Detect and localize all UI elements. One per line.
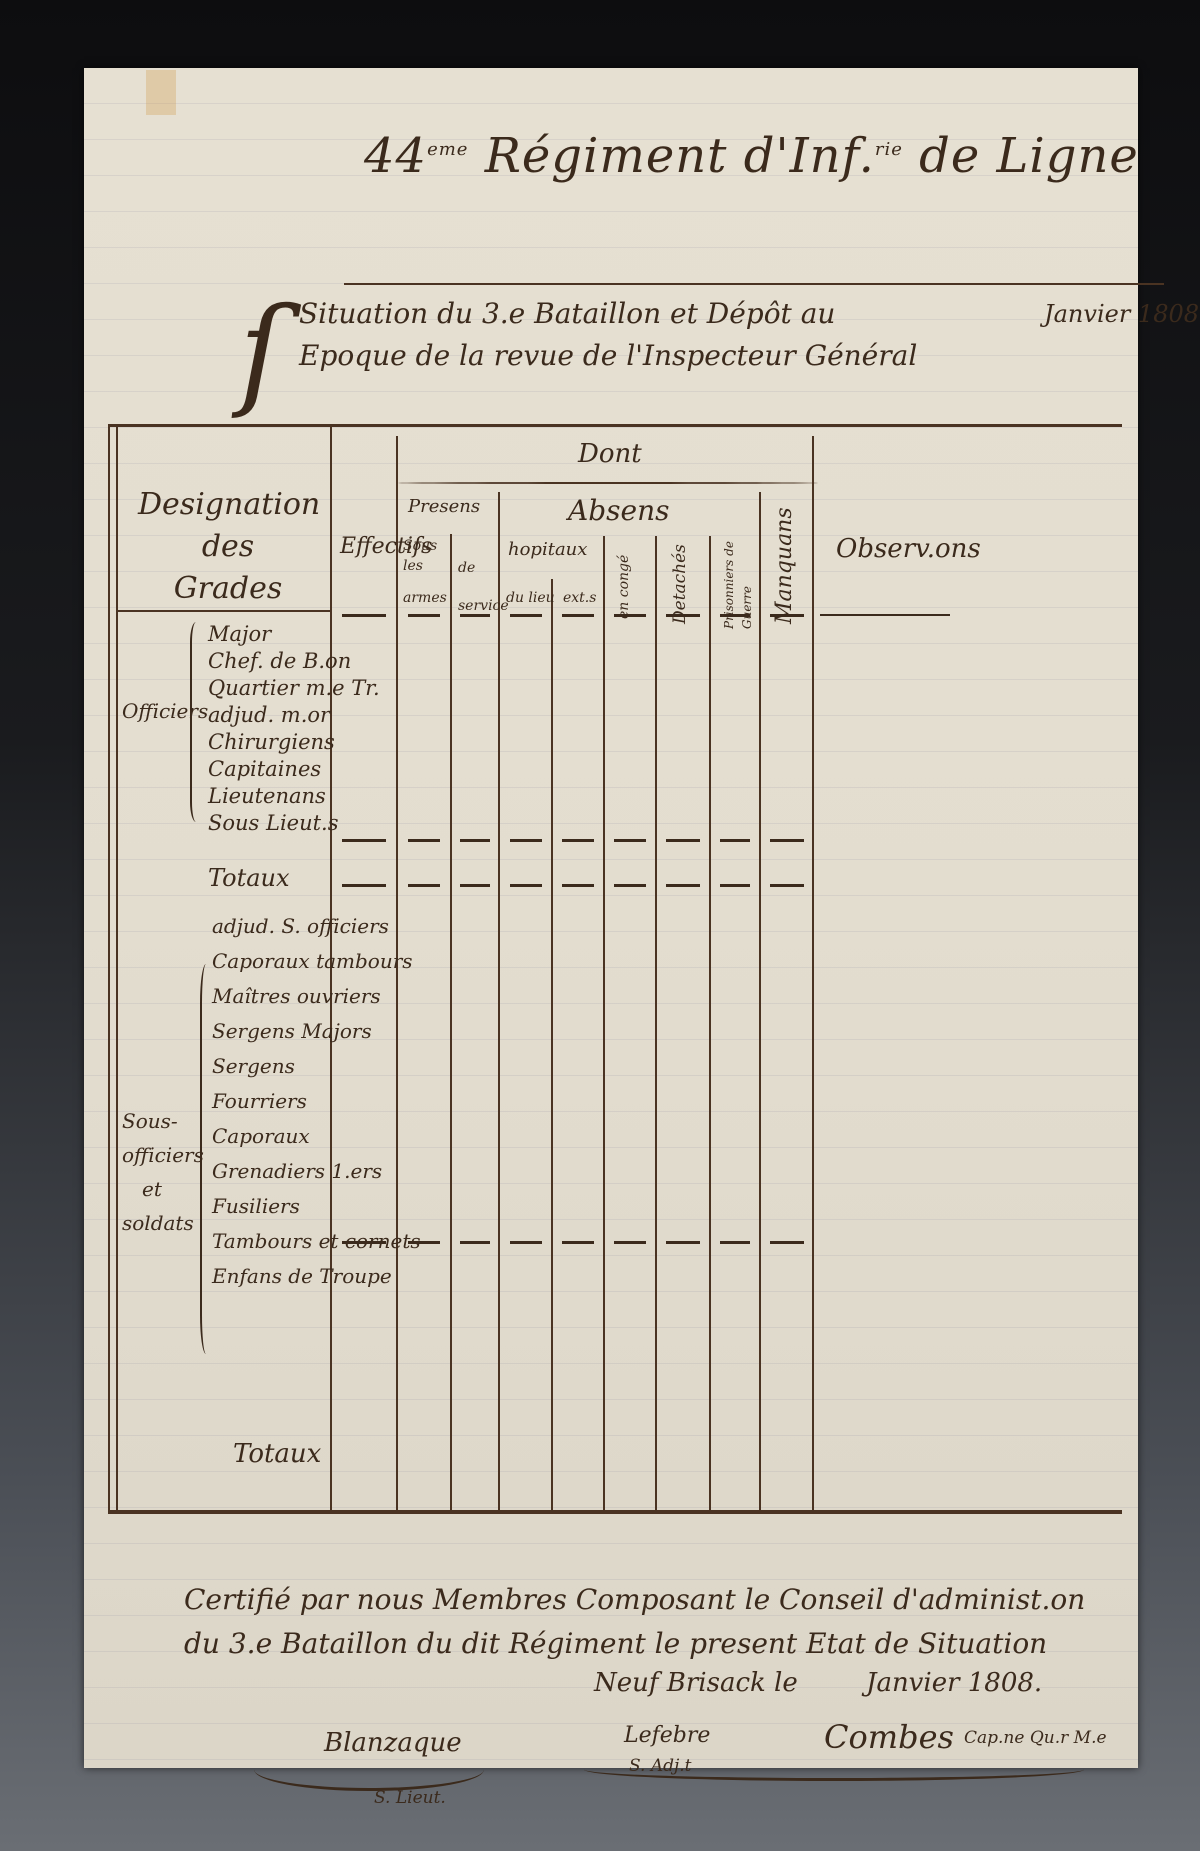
dont-brace (398, 482, 818, 484)
title-underline (344, 283, 1164, 285)
certification-text: Certifié par nous Membres Composant le C… (184, 1578, 1085, 1666)
situation-line-1: Situation du 3.e Bataillon et Dépôt au (299, 293, 917, 335)
signature-1-flourish (254, 1748, 484, 1791)
value-dash (460, 884, 490, 887)
header-hop-ext: ext.s (563, 590, 596, 606)
situation-table: Designation des Grades Effectifs Dont Pr… (108, 424, 1122, 1518)
place-date: Neuf Brisack le Janvier 1808. (594, 1668, 1042, 1698)
rank-item: Caporaux tambours (212, 949, 413, 973)
rank-item: Sergens Majors (212, 1019, 372, 1043)
brace-sous-officiers (200, 964, 212, 1354)
value-dash (562, 884, 594, 887)
situation-date: Janvier 1808 (1044, 293, 1199, 335)
designation-underline (116, 610, 331, 612)
value-dash (510, 839, 542, 842)
value-dash (720, 839, 750, 842)
table-bottom-border (108, 1510, 1122, 1514)
value-dash (342, 839, 386, 842)
col-divider-manquans (759, 492, 761, 1514)
rank-item: Tambours et cornets (212, 1229, 421, 1253)
rank-chef-bataillon: Chef. de B.on (208, 649, 351, 673)
value-dash (342, 884, 386, 887)
value-dash (666, 614, 700, 617)
signature-3-title: Cap.ne Qu.r M.e (964, 1728, 1107, 1748)
col-divider-prisonniers (709, 536, 711, 1514)
value-dash (460, 614, 490, 617)
header-designation-line-2: des (138, 526, 318, 568)
total-officiers: Totaux (208, 864, 290, 892)
rank-item: Maîtres ouvriers (212, 984, 381, 1008)
col-divider-service (450, 534, 452, 1514)
rank-lieutenans: Lieutenans (208, 784, 326, 808)
value-dash (562, 614, 594, 617)
header-manquans: Manquans (772, 507, 797, 624)
value-dash (770, 839, 804, 842)
table-left-border (108, 424, 110, 1514)
abbrev-sup: rie (875, 139, 903, 160)
table-top-border (108, 424, 1122, 427)
value-dash (770, 614, 804, 617)
value-dash (770, 884, 804, 887)
rank-item: Fourriers (212, 1089, 307, 1113)
value-dash (720, 1241, 750, 1244)
value-dash (820, 614, 950, 616)
signature-1-title: S. Lieut. (374, 1788, 446, 1808)
value-dash (614, 884, 646, 887)
value-dash (510, 1241, 542, 1244)
header-designation: Designation des Grades (138, 484, 318, 610)
ordinal-sup: eme (427, 139, 468, 160)
signature-2: Lefebre (624, 1723, 710, 1748)
certification-line-1: Certifié par nous Membres Composant le C… (184, 1578, 1085, 1622)
certification-line-2: du 3.e Bataillon du dit Régiment le pres… (184, 1622, 1085, 1666)
value-dash (460, 839, 490, 842)
value-dash (408, 839, 440, 842)
col-divider-conge (603, 536, 605, 1514)
group-label-line-2: officiers (122, 1138, 204, 1172)
value-dash (720, 884, 750, 887)
rank-item: Grenadiers 1.ers (212, 1159, 382, 1183)
decorative-s-flourish: ſ (239, 293, 283, 413)
col-divider-observations (812, 436, 814, 1514)
rank-chirurgiens: Chirurgiens (208, 730, 335, 754)
value-dash (614, 614, 646, 617)
group-label-sous-officiers: Sous- officiers et soldats (122, 1104, 204, 1240)
col-divider-absens (498, 492, 500, 1514)
value-dash (510, 614, 542, 617)
header-observations: Observ.ons (836, 534, 981, 564)
certification-date: Janvier 1808. (866, 1668, 1042, 1698)
document-title: 44eme Régiment d'Inf.rie de Ligne (364, 128, 1139, 184)
value-dash (408, 614, 440, 617)
header-sous-les-armes: Sous les armes (403, 536, 447, 608)
header-en-conge: en congé (616, 555, 632, 619)
header-sous-line-3: armes (403, 588, 447, 608)
header-sous-line-1: Sous (403, 536, 447, 556)
value-dash (614, 1241, 646, 1244)
value-dash (614, 839, 646, 842)
value-dash (408, 884, 440, 887)
value-dash (460, 1241, 490, 1244)
situation-subtitle: Situation du 3.e Bataillon et Dépôt au E… (299, 293, 917, 377)
rank-major: Major (208, 622, 271, 646)
header-service-line-1: de (458, 549, 509, 587)
header-service-line-2: service (458, 587, 509, 625)
situation-line-2: Epoque de la revue de l'Inspecteur Génér… (299, 335, 917, 377)
table-left-border-inner (116, 424, 118, 1514)
rank-sous-lieutenans: Sous Lieut.s (208, 811, 339, 835)
signature-3: Combes (824, 1718, 954, 1756)
signature-3-flourish (584, 1758, 1084, 1781)
col-divider-hopitaux (551, 579, 553, 1514)
rank-capitaines: Capitaines (208, 757, 321, 781)
value-dash (562, 1241, 594, 1244)
regiment-label: Régiment d'Inf. (485, 128, 875, 184)
rank-adjudant-major: adjud. m.or (208, 703, 330, 727)
rank-item: Fusiliers (212, 1194, 300, 1218)
total-sous-officiers: Totaux (233, 1439, 321, 1469)
header-hopitaux: hopitaux (508, 539, 587, 560)
header-dont: Dont (578, 439, 642, 469)
header-designation-line-3: Grades (138, 568, 318, 610)
header-absens: Absens (568, 494, 670, 527)
group-label-line-4: soldats (122, 1206, 204, 1240)
rank-item: adjud. S. officiers (212, 914, 389, 938)
rank-item: Enfans de Troupe (212, 1264, 392, 1288)
document-sheet: 44eme Régiment d'Inf.rie de Ligne ſ Situ… (84, 68, 1138, 1768)
group-label-line-3: et (122, 1172, 204, 1206)
rank-quartier-maitre: Quartier m.e Tr. (208, 676, 380, 700)
brace-officiers (190, 622, 202, 822)
value-dash (720, 614, 750, 617)
group-label-line-1: Sous- (122, 1104, 204, 1138)
rank-item: Sergens (212, 1054, 295, 1078)
paper-stain (146, 70, 176, 115)
value-dash (562, 839, 594, 842)
regiment-suffix: de Ligne (919, 128, 1139, 184)
rank-item: Caporaux (212, 1124, 310, 1148)
value-dash (666, 1241, 700, 1244)
regiment-number: 44 (364, 128, 427, 184)
header-designation-line-1: Designation (138, 484, 318, 526)
header-detaches: Detachés (670, 544, 690, 624)
value-dash (666, 839, 700, 842)
value-dash (770, 1241, 804, 1244)
header-presens: Presens (408, 496, 480, 517)
place-label: Neuf Brisack le (594, 1668, 798, 1698)
col-divider-presens (396, 436, 398, 1514)
col-divider-detaches (655, 536, 657, 1514)
value-dash (510, 884, 542, 887)
header-sous-line-2: les (403, 556, 447, 576)
value-dash (666, 884, 700, 887)
header-hop-du-lieu: du lieu (506, 590, 555, 606)
value-dash (342, 614, 386, 617)
